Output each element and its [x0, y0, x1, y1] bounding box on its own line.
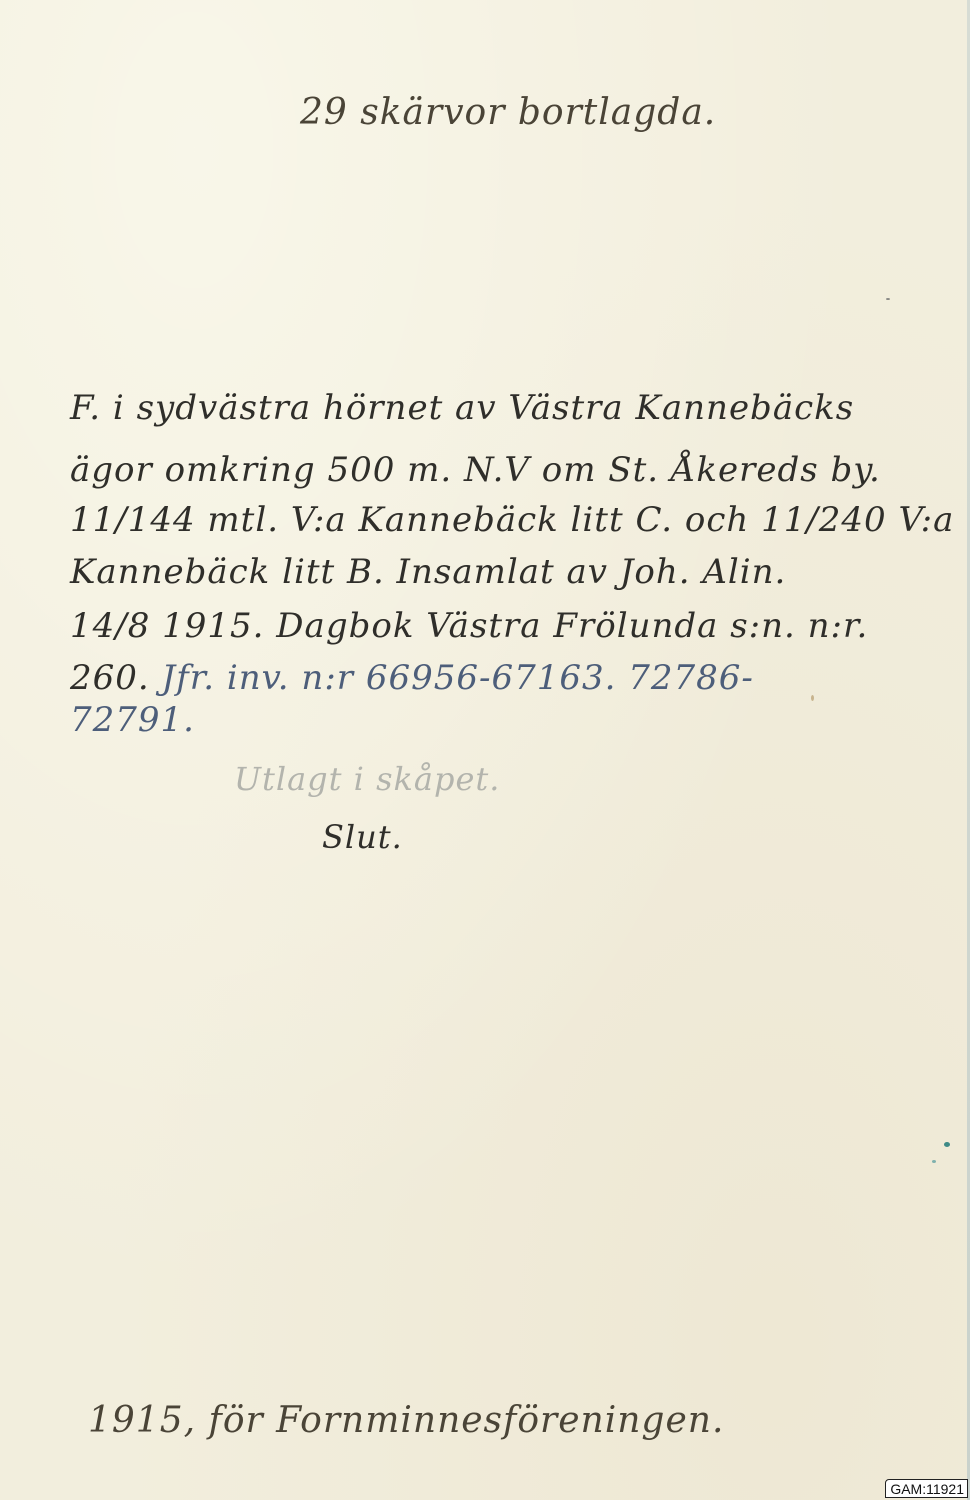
- pencil-note: Utlagt i skåpet.: [234, 760, 500, 798]
- body-line-5: 14/8 1915. Dagbok Västra Frölunda s:n. n…: [70, 606, 868, 646]
- paper-speck: [811, 695, 814, 701]
- footer-note: 1915, för Fornminnesföreningen.: [88, 1400, 724, 1441]
- document-page: 29 skärvor bortlagda. F. i sydvästra hör…: [0, 0, 970, 1500]
- catalog-number: 260.: [70, 658, 150, 698]
- body-line-6: 260. Jfr. inv. n:r 66956-67163. 72786-: [70, 658, 754, 698]
- inventory-reference: Jfr. inv. n:r 66956-67163. 72786-: [162, 658, 754, 698]
- body-line-4: Kannebäck litt B. Insamlat av Joh. Alin.: [70, 552, 786, 592]
- body-line-1: F. i sydvästra hörnet av Västra Kannebäc…: [70, 388, 854, 428]
- ink-speck: [944, 1142, 950, 1147]
- ink-speck: [932, 1160, 936, 1163]
- body-line-7: 72791.: [70, 700, 195, 740]
- body-line-3: 11/144 mtl. V:a Kannebäck litt C. och 11…: [70, 500, 954, 540]
- document-title: 29 skärvor bortlagda.: [300, 92, 716, 133]
- body-line-2: ägor omkring 500 m. N.V om St. Åkereds b…: [70, 450, 881, 490]
- paper-speck: [886, 298, 890, 300]
- catalog-stamp: GAM:11921: [885, 1479, 968, 1498]
- end-note: Slut.: [322, 818, 403, 856]
